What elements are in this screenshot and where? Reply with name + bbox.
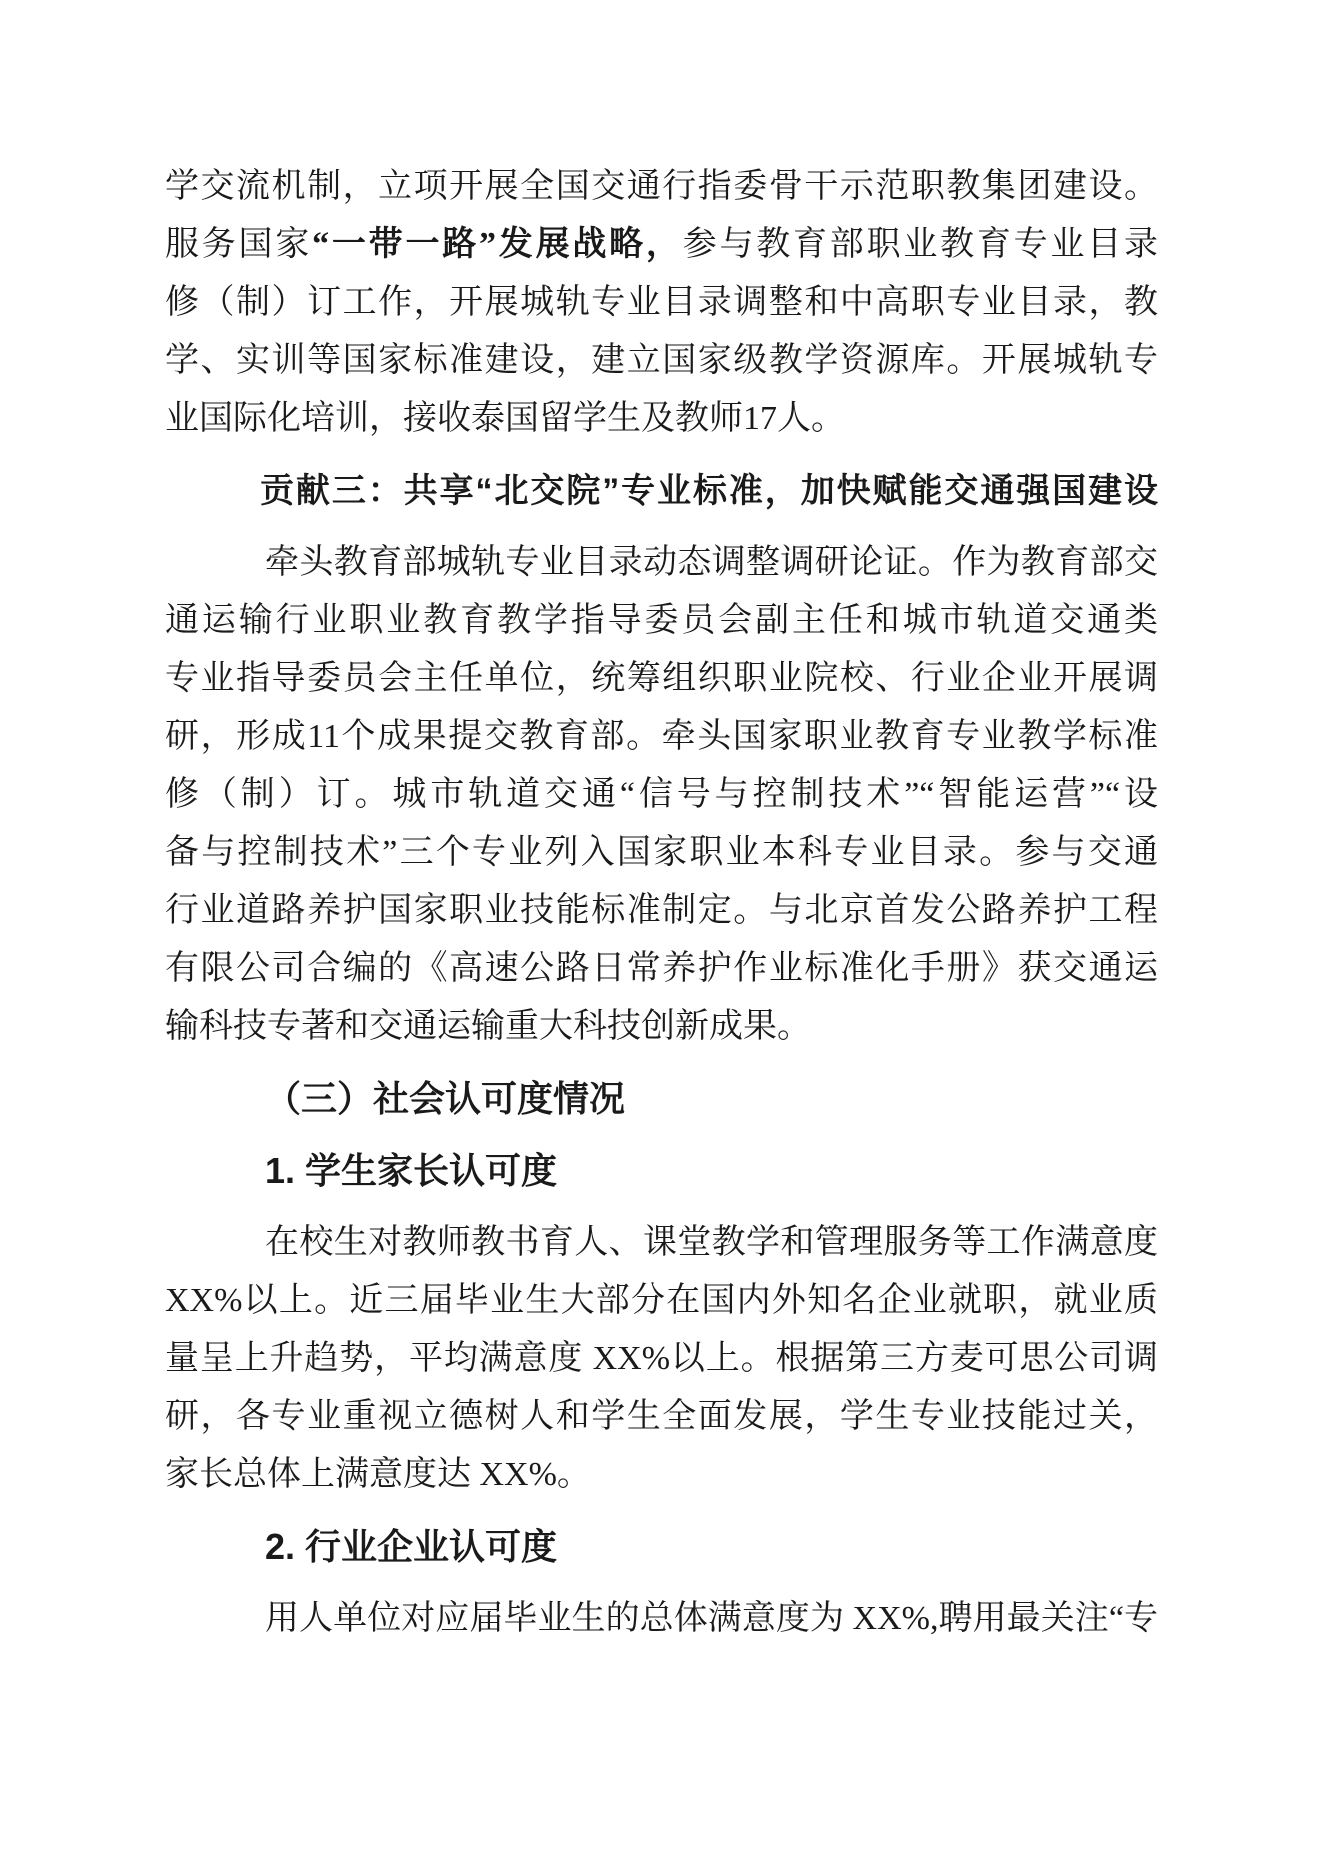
body-line: 学交流机制，立项开展全国交通行指委骨干示范职教集团建设。 [165,158,1158,216]
body-text: 服务国家 [165,226,312,263]
body-line: 通运输行业职业教育教学指导委员会副主任和城市轨道交通类 [165,592,1158,650]
body-line: 修（制）订。城市轨道交通“信号与控制技术”“智能运营”“设 [165,766,1158,824]
subsection-heading-1-parent-recognition: 1. 学生家长认可度 [165,1142,1158,1200]
subsection-heading-2-industry-recognition: 2. 行业企业认可度 [165,1518,1158,1576]
body-line: 修（制）订工作，开展城轨专业目录调整和中高职专业目录，教 [165,274,1158,332]
body-line: XX%以上。近三届毕业生大部分在国内外知名企业就职，就业质 [165,1272,1158,1330]
body-line: 量呈上升趋势，平均满意度 XX%以上。根据第三方麦可思公司调 [165,1330,1158,1388]
body-line: 用人单位对应届毕业生的总体满意度为 XX%,聘用最关注“专 [165,1590,1158,1648]
body-line: 学、实训等国家标准建设，建立国家级教学资源库。开展城轨专 [165,332,1158,390]
body-line: 有限公司合编的《高速公路日常养护作业标准化手册》获交通运 [165,940,1158,998]
body-line: 牵头教育部城轨专业目录动态调整调研论证。作为教育部交 [165,534,1158,592]
document-page: 学交流机制，立项开展全国交通行指委骨干示范职教集团建设。 服务国家“一带一路”发… [0,0,1323,1871]
body-line: 在校生对教师教书育人、课堂教学和管理服务等工作满意度 [165,1214,1158,1272]
body-line: 备与控制技术”三个专业列入国家职业本科专业目录。参与交通 [165,824,1158,882]
body-line: 家长总体上满意度达 XX%。 [165,1446,1158,1504]
body-line: 行业道路养护国家职业技能标准制定。与北京首发公路养护工程 [165,882,1158,940]
body-line: 研，各专业重视立德树人和学生全面发展，学生专业技能过关， [165,1388,1158,1446]
bold-phrase-belt-and-road: “一带一路”发展战略， [312,226,683,263]
body-line: 输科技专著和交通运输重大科技创新成果。 [165,998,1158,1056]
body-line: 服务国家“一带一路”发展战略，参与教育部职业教育专业目录 [165,216,1158,274]
body-line: 业国际化培训，接收泰国留学生及教师17人。 [165,390,1158,448]
heading-contribution-3: 贡献三：共享“北交院”专业标准，加快赋能交通强国建设 [165,462,1158,520]
body-line: 研，形成11个成果提交教育部。牵头国家职业教育专业教学标准 [165,708,1158,766]
body-line: 专业指导委员会主任单位，统筹组织职业院校、行业企业开展调 [165,650,1158,708]
section-heading-3-social-recognition: （三）社会认可度情况 [165,1070,1158,1128]
body-text: 参与教育部职业教育专业目录 [683,226,1158,263]
